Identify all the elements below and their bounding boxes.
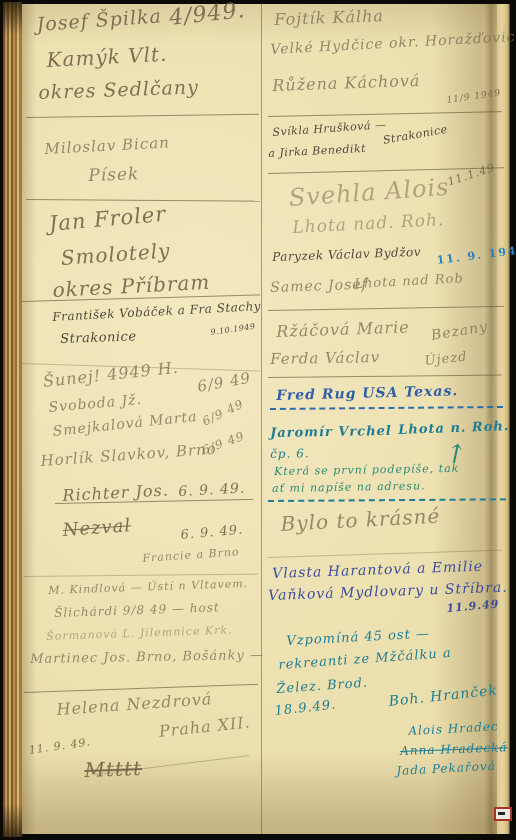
signature-line: Ferda Václav <box>270 348 380 368</box>
signature-line: Písek <box>88 164 140 186</box>
signature-line: čp. 6. <box>270 446 310 461</box>
signature-line: Strakonice <box>60 329 137 347</box>
note-line: ať mi napíše na adresu. <box>272 479 426 495</box>
illegible-signature: Mtttt <box>84 756 142 782</box>
signature-line: Jaromír Vrchel <box>270 424 392 441</box>
scanned-guestbook-page: Josef Špilka 4/949. Kamýk Vlt. okres Sed… <box>0 0 516 840</box>
scan-marker-bar <box>498 812 505 815</box>
scan-marker-icon <box>494 807 512 821</box>
book-spine-page-edges <box>3 2 22 837</box>
column-divider-line <box>261 4 262 834</box>
signature-line: Fojtík Kálha <box>274 6 384 29</box>
